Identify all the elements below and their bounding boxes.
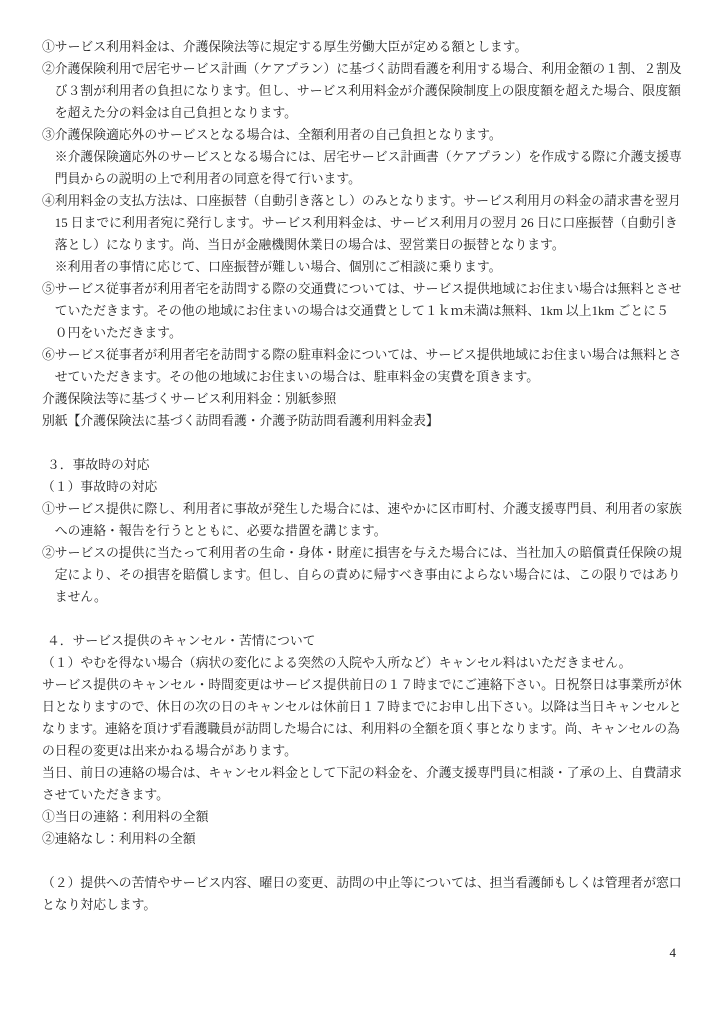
text-line: 定により、その損害を賠償します。但し、自らの責めに帰すべき事由によらない場合には… bbox=[42, 564, 682, 586]
text-line: ②連絡なし：利用料の全額 bbox=[42, 828, 682, 850]
blank-line bbox=[42, 850, 682, 872]
text-line: の日程の変更は出来かねる場合があります。 bbox=[42, 740, 682, 762]
text-line: させていただきます。 bbox=[42, 784, 682, 806]
blank-line bbox=[42, 608, 682, 630]
blank-line bbox=[42, 432, 682, 454]
text-line: 門員からの説明の上で利用者の同意を得て行います。 bbox=[42, 168, 682, 190]
text-line: （２）提供への苦情やサービス内容、曜日の変更、訪問の中止等については、担当看護師… bbox=[42, 872, 682, 894]
text-line: ４．サービス提供のキャンセル・苦情について bbox=[42, 630, 682, 652]
text-line: を超えた分の料金は自己負担となります。 bbox=[42, 102, 682, 124]
text-line: 当日、前日の連絡の場合は、キャンセル料金として下記の料金を、介護支援専門員に相談… bbox=[42, 762, 682, 784]
text-line: 15 日までに利用者宛に発行します。サービス利用料金は、サービス利用月の翌月 2… bbox=[42, 212, 682, 234]
page-number: 4 bbox=[670, 945, 677, 960]
text-line: ①サービス提供に際し、利用者に事故が発生した場合には、速やかに区市町村、介護支援… bbox=[42, 498, 682, 520]
document-body: ①サービス利用料金は、介護保険法等に規定する厚生労働大臣が定める額とします。②介… bbox=[42, 36, 682, 916]
text-line: び３割が利用者の負担になります。但し、サービス利用料金が介護保険制度上の限度額を… bbox=[42, 80, 682, 102]
text-line: 日となりますので、休日の次の日のキャンセルは休前日１７時までにお申し出下さい。以… bbox=[42, 696, 682, 718]
text-line: ①当日の連絡：利用料の全額 bbox=[42, 806, 682, 828]
text-line: ②サービスの提供に当たって利用者の生命・身体・財産に損害を与えた場合には、当社加… bbox=[42, 542, 682, 564]
text-line: なります。連絡を頂けず看護職員が訪問した場合には、利用料の全額を頂く事となります… bbox=[42, 718, 682, 740]
text-line: ⑥サービス従事者が利用者宅を訪問する際の駐車料金については、サービス提供地域にお… bbox=[42, 344, 682, 366]
text-line: ※介護保険適応外のサービスとなる場合には、居宅サービス計画書（ケアプラン）を作成… bbox=[42, 146, 682, 168]
text-line: （１）やむを得ない場合（病状の変化による突然の入院や入所など）キャンセル料はいた… bbox=[42, 652, 682, 674]
text-line: （１）事故時の対応 bbox=[42, 476, 682, 498]
text-line: への連絡・報告を行うとともに、必要な措置を講じます。 bbox=[42, 520, 682, 542]
page-footer: 4 bbox=[670, 944, 677, 962]
text-line: 落とし）になります。尚、当日が金融機関休業日の場合は、翌営業日の振替となります。 bbox=[42, 234, 682, 256]
document-page: ①サービス利用料金は、介護保険法等に規定する厚生労働大臣が定める額とします。②介… bbox=[0, 0, 724, 1024]
text-line: ④利用料金の支払方法は、口座振替（自動引き落とし）のみとなります。サービス利用月… bbox=[42, 190, 682, 212]
text-line: となり対応します。 bbox=[42, 894, 682, 916]
text-line: ていただきます。その他の地域にお住まいの場合は交通費として１ｋｍ未満は無料、1k… bbox=[42, 300, 682, 322]
text-line: ０円をいただきます。 bbox=[42, 322, 682, 344]
text-line: サービス提供のキャンセル・時間変更はサービス提供前日の１７時までにご連絡下さい。… bbox=[42, 674, 682, 696]
text-line: ③介護保険適応外のサービスとなる場合は、全額利用者の自己負担となります。 bbox=[42, 124, 682, 146]
text-line: せていただきます。その他の地域にお住まいの場合は、駐車料金の実費を頂きます。 bbox=[42, 366, 682, 388]
text-line: ３．事故時の対応 bbox=[42, 454, 682, 476]
text-line: ません。 bbox=[42, 586, 682, 608]
text-line: 介護保険法等に基づくサービス利用料金：別紙参照 bbox=[42, 388, 682, 410]
text-line: ⑤サービス従事者が利用者宅を訪問する際の交通費については、サービス提供地域にお住… bbox=[42, 278, 682, 300]
text-line: ※利用者の事情に応じて、口座振替が難しい場合、個別にご相談に乗ります。 bbox=[42, 256, 682, 278]
text-line: 別紙【介護保険法に基づく訪問看護・介護予防訪問看護利用料金表】 bbox=[42, 410, 682, 432]
text-line: ①サービス利用料金は、介護保険法等に規定する厚生労働大臣が定める額とします。 bbox=[42, 36, 682, 58]
text-line: ②介護保険利用で居宅サービス計画（ケアプラン）に基づく訪問看護を利用する場合、利… bbox=[42, 58, 682, 80]
